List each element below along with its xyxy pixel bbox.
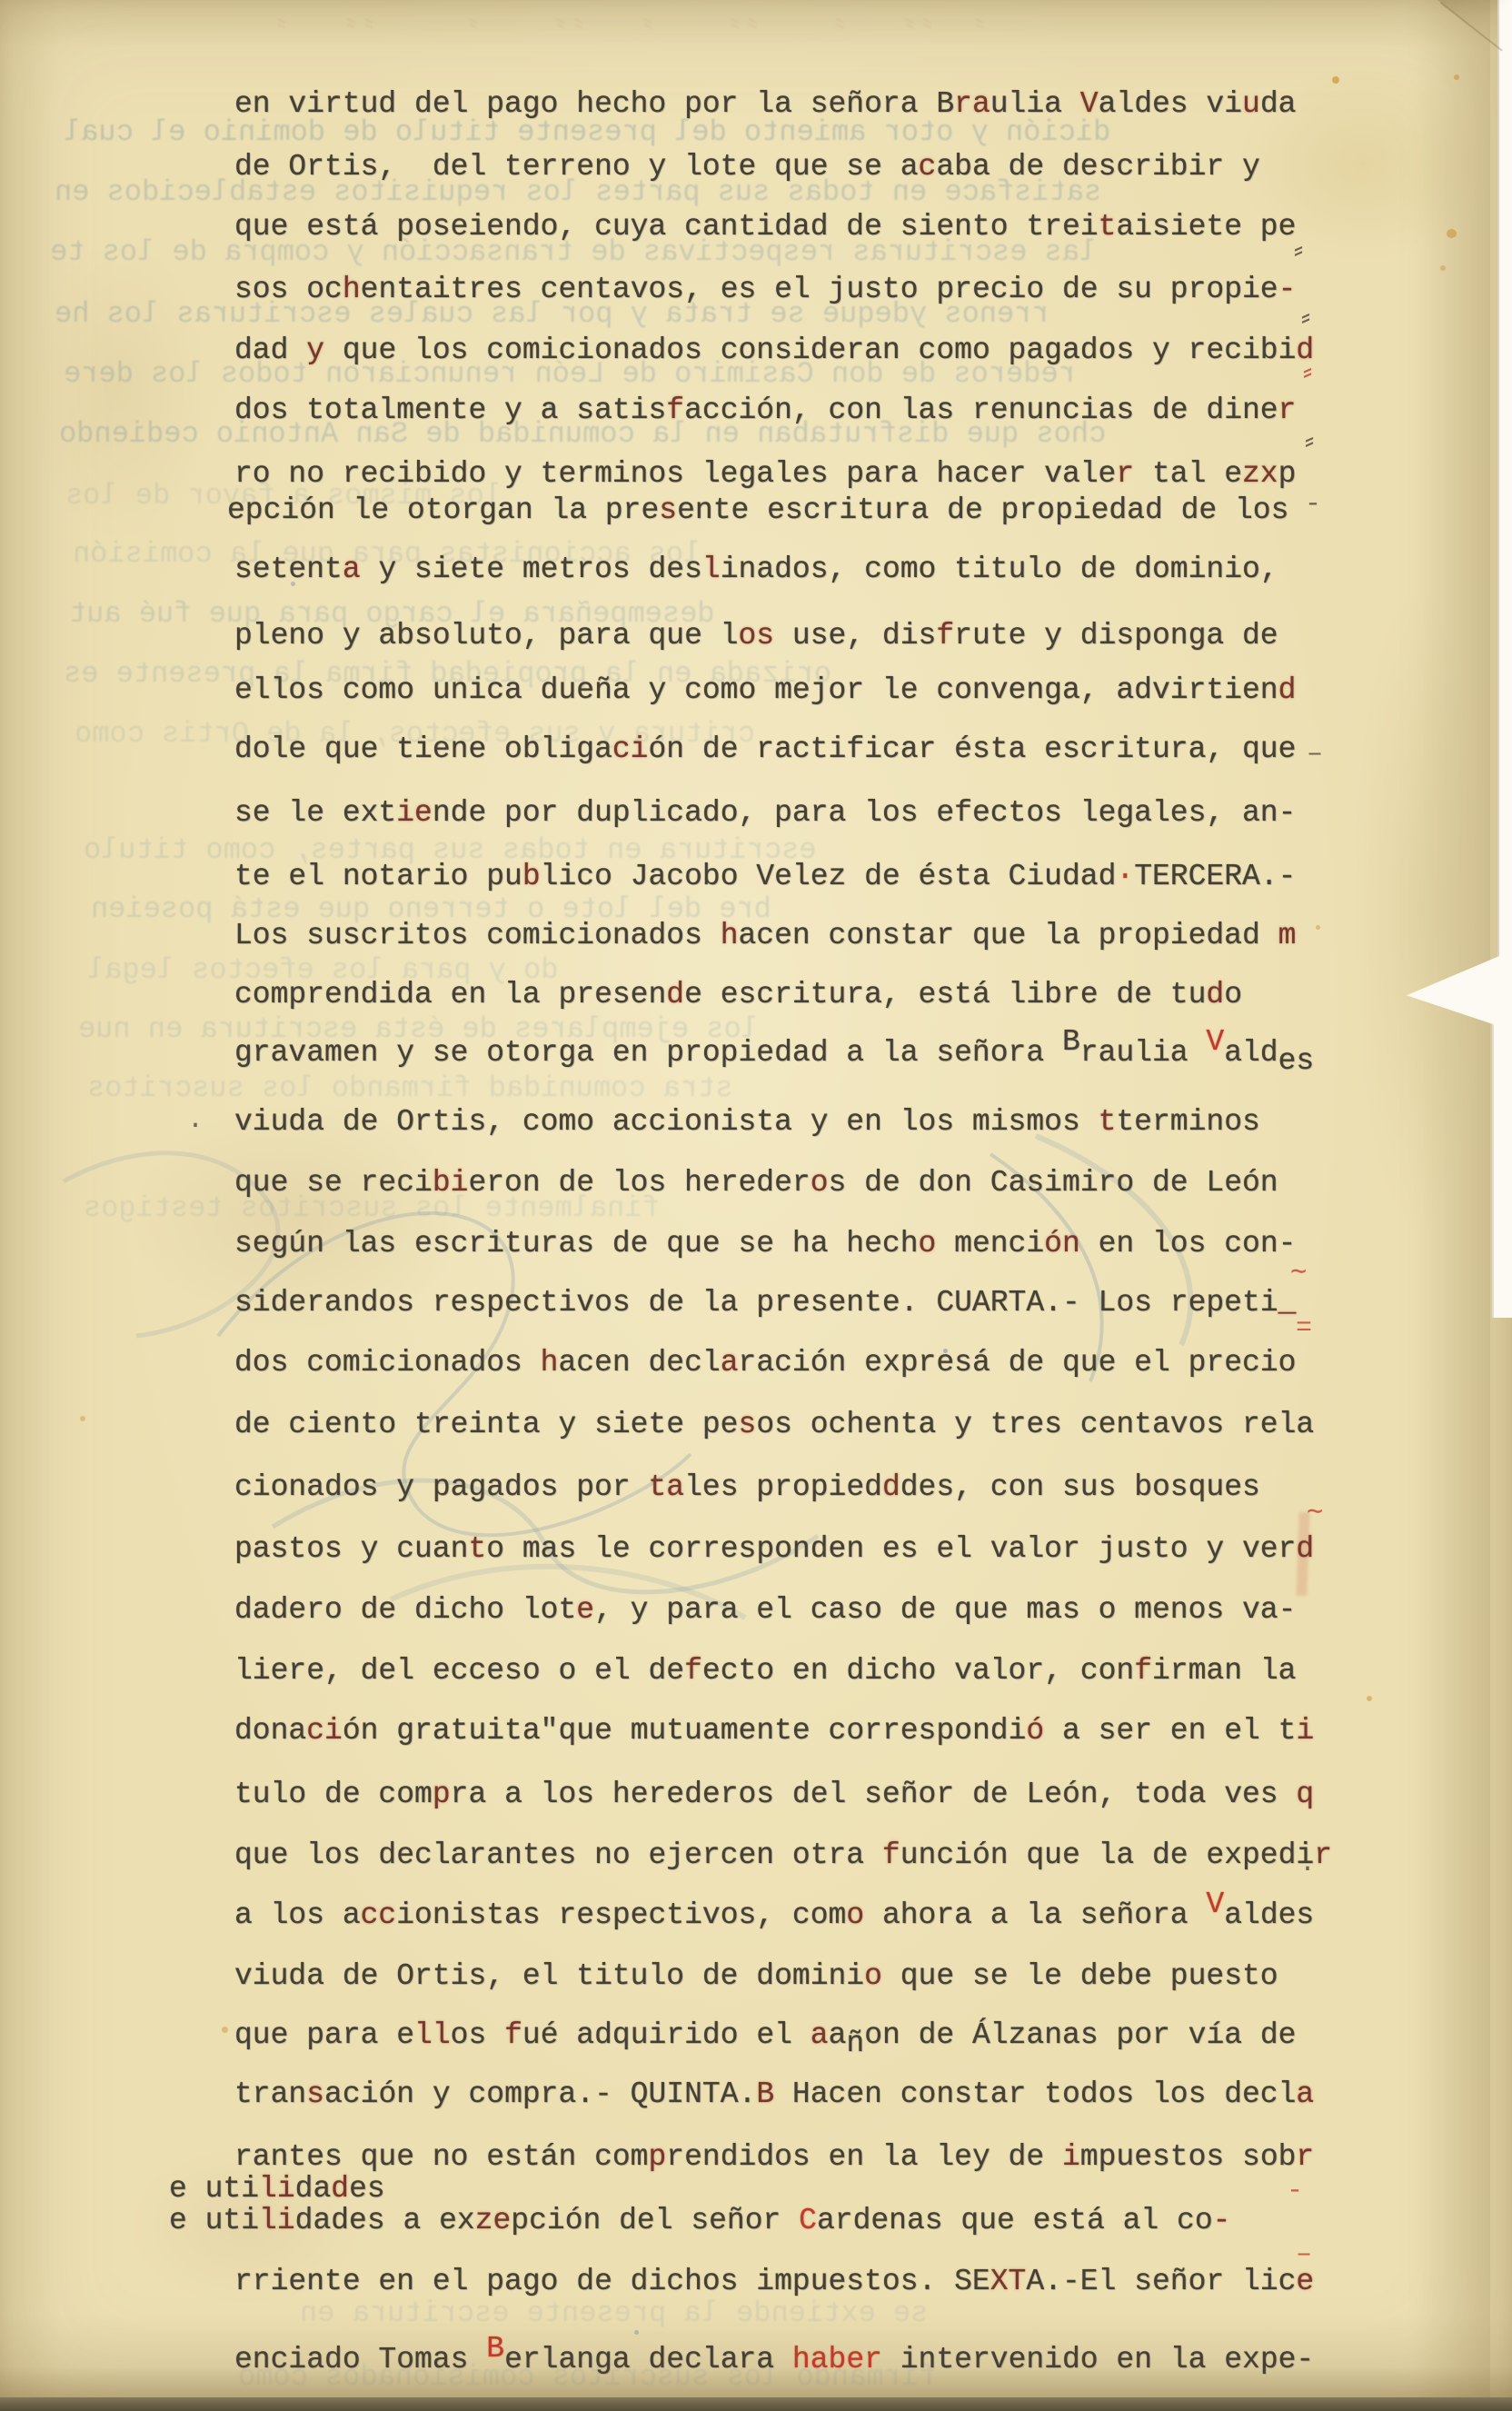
text-segment: que se le debe puesto: [882, 1959, 1278, 1993]
text-segment: V: [1206, 1025, 1224, 1059]
text-segment: zx: [1242, 457, 1278, 491]
text-segment: f: [1134, 1654, 1152, 1688]
text-segment: ahora a la señora: [864, 1898, 1206, 1932]
text-segment: pastos y cuan: [234, 1532, 468, 1566]
text-segment: que mutuamente correspondi: [558, 1714, 1026, 1748]
text-segment: ecto en dicho valor, con: [702, 1654, 1134, 1688]
text-line: liere, del ecceso o el defecto en dicho …: [234, 1656, 1296, 1686]
text-segment: siderandos respectivos de la presente. C…: [234, 1286, 1278, 1320]
text-segment: da: [1260, 87, 1297, 121]
text-line: de Ortis, del terreno y lote que se acab…: [234, 152, 1260, 182]
text-segment: , y para el caso de que mas o menos va-: [594, 1593, 1296, 1627]
text-segment: ta: [648, 1470, 684, 1504]
text-segment: -: [1278, 273, 1297, 306]
text-segment: tal e: [1134, 457, 1242, 491]
text-segment: o: [1224, 978, 1242, 1011]
text-segment: setent: [234, 553, 343, 586]
bleedthrough-line: ⸗ ⸗⸗ ⸗ ⸗⸗ ⸗ ⸗⸗ ⸗ ⸗⸗ ⸗: [273, 9, 988, 38]
text-line: e utilidades a exzepción del señor Carde…: [169, 2206, 1230, 2236]
text-line: transación y compra.- QUINTA.B Hacen con…: [234, 2079, 1314, 2109]
text-line: setenta y siete metros deslinados, como …: [234, 554, 1278, 584]
text-segment: s: [739, 1408, 757, 1441]
text-segment: a: [721, 1346, 739, 1380]
text-segment: f: [936, 619, 954, 653]
text-segment: r: [1278, 394, 1297, 427]
text-segment: rriente en el pago de dichos impuestos. …: [234, 2265, 990, 2298]
text-line: comprendida en la presende escritura, es…: [234, 980, 1242, 1010]
text-segment: Hacen constar todos los decl: [774, 2077, 1296, 2111]
text-line: dadero de dicho lote, y para el caso de …: [234, 1595, 1296, 1625]
text-segment: epción le otorgan la pre: [227, 493, 659, 527]
text-line: que los declarantes no ejercen otra func…: [234, 1840, 1332, 1870]
text-segment: e uti: [169, 2204, 259, 2237]
text-segment: lico Jacobo Velez de ésta Ciudad: [541, 860, 1117, 893]
text-segment: q: [1296, 1778, 1314, 1811]
text-line: sos ochentaitres centavos, es el justo p…: [234, 274, 1296, 304]
text-segment: use, dis: [774, 619, 936, 653]
text-segment: ación y compra.- QUINTA.: [324, 2077, 756, 2111]
text-segment: se le ext: [234, 796, 396, 830]
text-segment: p: [1278, 457, 1297, 491]
text-segment: ra: [954, 87, 990, 121]
text-segment: dos totalmente y a satis: [234, 394, 666, 427]
bleedthrough-line: se extiende la presente escritura en: [300, 2299, 928, 2328]
text-segment: b: [522, 860, 541, 893]
text-segment: viuda de Ortis, el titulo de domini: [234, 1959, 864, 1993]
text-segment: t: [1099, 210, 1117, 244]
text-segment: sos oc: [234, 273, 343, 306]
text-segment: o: [919, 1227, 937, 1260]
margin-mark: ⸗: [1298, 305, 1314, 333]
text-segment: y: [306, 334, 324, 367]
text-segment: irman la: [1152, 1654, 1296, 1688]
text-segment: ó: [1026, 1714, 1044, 1748]
text-segment: s de don Casimiro de León: [829, 1166, 1278, 1200]
text-segment: des, con sus bosques: [900, 1470, 1260, 1504]
text-line: epción le otorgan la presente escritura …: [227, 495, 1288, 525]
text-segment: que se reci: [234, 1166, 433, 1200]
bleedthrough-line: dición y otor amiento del presente titul…: [64, 118, 1110, 147]
text-segment: unción que la de expedi: [900, 1838, 1314, 1872]
text-segment: XT: [990, 2265, 1027, 2298]
text-segment: on de Álzanas por vía de: [864, 2018, 1296, 2052]
text-segment: ulia: [990, 87, 1080, 121]
text-segment: menci: [936, 1227, 1044, 1260]
text-segment: B: [1062, 1025, 1080, 1059]
text-line: e utilidades: [169, 2174, 385, 2204]
text-line: Los suscritos comicionados hacen constar…: [234, 921, 1296, 951]
text-line: viuda de Ortis, el titulo de dominio que…: [234, 1961, 1278, 1991]
text-segment: ración expresá de que el precio: [739, 1346, 1297, 1380]
text-segment: ·: [1116, 860, 1134, 893]
text-line: cionados y pagados por tales propiedddes…: [234, 1472, 1260, 1502]
text-segment: f: [684, 1654, 702, 1688]
text-line: te el notario publico Jacobo Velez de és…: [234, 862, 1296, 892]
text-segment: B: [936, 87, 954, 121]
text-segment: ón: [1044, 1227, 1080, 1260]
text-segment: f: [882, 1838, 900, 1872]
text-segment: a ser en el t: [1044, 1714, 1296, 1748]
margin-mark: ·: [1299, 1856, 1316, 1883]
text-segment: h: [721, 919, 739, 952]
text-segment: que los comicionados consideran como pag…: [324, 334, 1296, 367]
text-line: en virtud del pago hecho por la señora B…: [234, 89, 1296, 119]
text-line: ellos como unica dueña y como mejor le c…: [234, 675, 1296, 705]
text-segment: dadero de dicho lot: [234, 1593, 576, 1627]
text-segment: es: [1278, 1044, 1315, 1078]
text-segment: te el notario pu: [234, 860, 522, 893]
text-segment: os: [451, 2018, 504, 2052]
text-segment: a: [1296, 2077, 1314, 2111]
text-segment: mpuestos sob: [1080, 2140, 1297, 2174]
text-segment: ": [541, 1714, 559, 1748]
text-segment: u: [1242, 87, 1260, 121]
text-segment: dole que tiene obliga: [234, 732, 612, 766]
text-segment: pción del señor: [511, 2204, 799, 2237]
text-line: viuda de Ortis, como accionista y en los…: [234, 1107, 1260, 1137]
text-segment: e uti: [169, 2172, 259, 2206]
text-line: gravamen y se otorga en propiedad a la s…: [234, 1038, 1314, 1068]
text-segment: y siete metros des: [361, 553, 702, 586]
text-line: ro no recibido y terminos legales para h…: [234, 459, 1296, 489]
text-segment: o: [811, 1166, 829, 1200]
bleedthrough-line: stra comunidad firmando los suscritos: [87, 1074, 733, 1103]
text-segment: B: [756, 2077, 774, 2111]
text-segment: en los con-: [1080, 1227, 1297, 1260]
text-line: dos comicionados hacen declaración expre…: [234, 1348, 1296, 1378]
text-line: de ciento treinta y siete pesos ochenta …: [234, 1410, 1314, 1440]
text-segment: c: [919, 150, 937, 184]
text-segment: acción, con las renuncias de dine: [684, 394, 1278, 427]
text-segment: gravamen y se otorga en propiedad a la s…: [234, 1036, 1062, 1070]
text-segment: o: [864, 1959, 882, 1993]
text-segment: h: [541, 1346, 559, 1380]
text-segment: li: [259, 2172, 295, 2206]
text-segment: tulo de com: [234, 1778, 433, 1811]
text-segment: d: [882, 1470, 900, 1504]
text-segment: m: [1278, 919, 1297, 952]
text-line: rriente en el pago de dichos impuestos. …: [234, 2267, 1314, 2296]
text-segment: que para e: [234, 2018, 414, 2052]
text-segment: liere, del ecceso o el de: [234, 1654, 684, 1688]
text-segment: dos comicionados: [234, 1346, 541, 1380]
text-line: rantes que no están comprendidos en la l…: [234, 2142, 1314, 2172]
text-segment: que los declarantes no ejercen otra: [234, 1838, 882, 1872]
text-segment: acen decl: [558, 1346, 720, 1380]
text-segment: p: [433, 1778, 451, 1811]
text-segment: o: [846, 1898, 864, 1932]
text-line: siderandos respectivos de la presente. C…: [234, 1288, 1296, 1318]
text-segment: cc: [361, 1898, 397, 1932]
margin-mark: -: [1305, 491, 1321, 518]
text-segment: r: [1116, 457, 1134, 491]
text-line: dole que tiene obligación de ractificar …: [234, 734, 1296, 764]
text-segment: d: [1206, 978, 1224, 1011]
text-segment: o mas le corresponden es el valor justo …: [486, 1532, 1296, 1566]
text-segment: acen constar que la propiedad: [739, 919, 1278, 952]
text-segment: dades a ex: [295, 2204, 475, 2237]
text-segment: r: [1296, 2140, 1314, 2174]
text-segment: da: [295, 2172, 332, 2206]
text-segment: f: [504, 2018, 522, 2052]
text-segment: cionados y pagados por: [234, 1470, 648, 1504]
text-segment: a: [811, 2018, 829, 2052]
text-segment: ci: [612, 732, 649, 766]
text-segment: rendidos en la ley de: [666, 2140, 1062, 2174]
text-segment: ón de ractificar ésta escritura, que: [648, 732, 1296, 766]
bottom-edge-shadow: [0, 2366, 1512, 2397]
text-segment: s: [659, 493, 677, 527]
text-segment: aba de describir y: [936, 150, 1259, 184]
text-segment: ie: [396, 796, 433, 830]
text-segment: de ciento treinta y siete pe: [234, 1408, 739, 1441]
margin-mark: ⸗: [1299, 360, 1316, 387]
text-segment: h: [343, 273, 361, 306]
text-segment: viuda de Ortis, como accionista y en los…: [234, 1105, 1099, 1139]
text-line: que está poseiendo, cuya cantidad de sie…: [234, 212, 1296, 242]
text-line: dad y que los comicionados consideran co…: [234, 335, 1314, 365]
text-segment: li: [259, 2204, 295, 2237]
text-segment: raulia: [1080, 1036, 1207, 1070]
text-segment: bi: [433, 1166, 469, 1200]
text-segment: os ochenta y tres centavos rela: [756, 1408, 1314, 1441]
text-line: donación gratuita"que mutuamente corresp…: [234, 1716, 1314, 1746]
text-line: que para ellos fué adquirido el aañon de…: [234, 2020, 1296, 2050]
text-segment: p: [648, 2140, 666, 2174]
text-segment: ellos como unica dueña y como mejor le c…: [234, 673, 1278, 707]
text-segment: d: [666, 978, 684, 1011]
text-segment: aldes vi: [1099, 87, 1242, 121]
text-segment: ñ: [846, 2027, 864, 2060]
text-segment: ardenas que está al co: [817, 2204, 1213, 2237]
text-segment: ra a los herederos del señor de León, to…: [451, 1778, 1297, 1811]
text-segment: aisiete pe: [1116, 210, 1296, 244]
text-segment: ué adquirido el: [522, 2018, 811, 2052]
text-segment: de Ortis, del terreno y lote que se a: [234, 150, 919, 184]
text-segment: ionistas respectivos, com: [396, 1898, 846, 1932]
text-segment: t: [468, 1532, 486, 1566]
text-segment: t: [1099, 1105, 1117, 1139]
text-segment: en virtud del pago hecho por la señora: [234, 87, 936, 121]
text-segment: comprendida en la presen: [234, 978, 666, 1011]
text-segment: e: [576, 1593, 594, 1627]
text-segment: l: [702, 553, 721, 586]
margin-mark: ⸗: [1290, 238, 1307, 265]
text-line: pastos y cuanto mas le corresponden es e…: [234, 1534, 1314, 1564]
text-segment: r: [1314, 1838, 1332, 1872]
text-segment: rute y disponga de: [954, 619, 1278, 653]
margin-mark: ⸗: [1301, 429, 1318, 456]
text-line: pleno y absoluto, para que los use, disf…: [234, 621, 1278, 651]
text-segment: a: [343, 553, 361, 586]
text-segment: es: [349, 2172, 385, 2206]
text-segment: dona: [234, 1714, 306, 1748]
text-segment: dad: [234, 334, 306, 367]
text-segment: a: [829, 2018, 847, 2052]
text-segment: tran: [234, 2077, 306, 2111]
text-segment: e escritura, está libre de tu: [684, 978, 1206, 1011]
text-segment: B: [486, 2332, 504, 2366]
margin-mark: ·: [187, 1112, 204, 1140]
text-segment: -: [1213, 2204, 1231, 2237]
text-segment: rantes que no están com: [234, 2140, 648, 2174]
text-segment: aldes: [1224, 1898, 1314, 1932]
text-segment: pleno y absoluto, para que l: [234, 619, 739, 653]
text-segment: _: [1278, 1286, 1297, 1320]
text-segment: a los a: [234, 1898, 361, 1932]
text-segment: ro no recibido y terminos legales para h…: [234, 457, 1116, 491]
text-line: a los accionistas respectivos, como ahor…: [234, 1900, 1314, 1930]
page-edge-shading: [1417, 0, 1490, 2411]
margin-mark: ∼: [1290, 1260, 1307, 1287]
text-segment: eron de los hereder: [468, 1166, 810, 1200]
text-line: dos totalmente y a satisfacción, con las…: [234, 395, 1296, 425]
text-segment: os: [739, 619, 775, 653]
text-segment: ci: [306, 1714, 343, 1748]
margin-mark: –: [1307, 741, 1323, 768]
document-page: ⸗ ⸗⸗ ⸗ ⸗⸗ ⸗ ⸗⸗ ⸗ ⸗⸗ ⸗dición y otor amien…: [0, 0, 1512, 2411]
bottom-scan-edge: [0, 2397, 1512, 2411]
text-segment: f: [666, 394, 684, 427]
text-segment: nde por duplicado, para los efectos lega…: [433, 796, 1297, 830]
text-segment: V: [1206, 1888, 1224, 1921]
text-segment: d: [1278, 673, 1297, 707]
text-segment: ón gratuita: [343, 1714, 541, 1748]
text-segment: C: [799, 2204, 817, 2237]
text-segment: según las escrituras de que se ha hech: [234, 1227, 919, 1260]
text-line: se le extiende por duplicado, para los e…: [234, 798, 1296, 828]
margin-mark: =: [1296, 1315, 1312, 1342]
text-line: tulo de compra a los herederos del señor…: [234, 1779, 1314, 1809]
text-segment: i: [1062, 2140, 1080, 2174]
text-segment: que está poseiendo, cuya cantidad de sie…: [234, 210, 1099, 244]
text-segment: TERCERA.-: [1134, 860, 1296, 893]
text-segment: d: [1296, 1532, 1314, 1566]
text-segment: terminos: [1116, 1105, 1259, 1139]
text-line: según las escrituras de que se ha hecho …: [234, 1229, 1296, 1259]
text-segment: A.-El señor lic: [1026, 2265, 1296, 2298]
margin-mark: -: [1287, 2177, 1303, 2205]
text-line: que se recibieron de los herederos de do…: [234, 1168, 1278, 1198]
text-segment: inados, como titulo de dominio,: [721, 553, 1278, 586]
text-segment: les propied: [684, 1470, 882, 1504]
text-segment: Los suscritos comicionados: [234, 919, 721, 952]
text-segment: i: [1296, 1714, 1314, 1748]
text-segment: entaitres centavos, es el justo precio d…: [361, 273, 1278, 306]
margin-mark: ∼: [1307, 1499, 1323, 1527]
text-segment: ente escritura de propiedad de los: [677, 493, 1288, 527]
text-segment: d: [331, 2172, 349, 2206]
text-segment: ze: [475, 2204, 512, 2237]
margin-mark: –: [1296, 2241, 1312, 2268]
text-segment: ll: [414, 2018, 451, 2052]
text-segment: ald: [1224, 1036, 1278, 1070]
text-segment: V: [1080, 87, 1099, 121]
scanner-background: [1492, 1018, 1512, 1318]
text-segment: s: [306, 2077, 324, 2111]
